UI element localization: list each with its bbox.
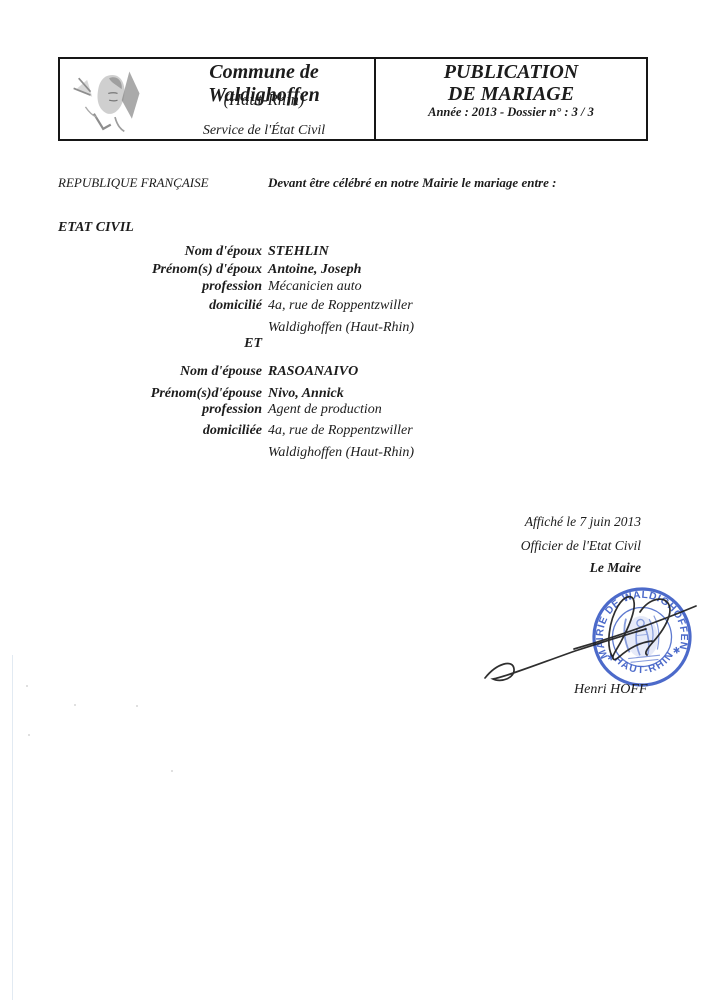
groom-profession-label: profession xyxy=(0,279,262,295)
groom-profession-value: Mécanicien auto xyxy=(268,279,362,295)
section-title-etat-civil: ETAT CIVIL xyxy=(58,220,134,236)
groom-residence-line1: 4a, rue de Roppentzwiller xyxy=(268,298,413,314)
scan-speck xyxy=(26,685,28,687)
commune-header-box: Commune de Waldighoffen (Haut-Rhin) Serv… xyxy=(58,57,376,141)
bride-residence-row: domiciliée 4a, rue de Roppentzwiller xyxy=(0,423,706,441)
bride-name-value: RASOANAIVO xyxy=(268,364,358,380)
bride-profession-value: Agent de production xyxy=(268,402,382,418)
year-dossier-info: Année : 2013 - Dossier n° : 3 / 3 xyxy=(376,105,646,120)
bride-profession-label: profession xyxy=(0,402,262,418)
bride-residence-line1: 4a, rue de Roppentzwiller xyxy=(268,423,413,439)
marianne-logo xyxy=(67,63,163,139)
groom-name-label: Nom d'époux xyxy=(0,244,262,260)
publication-title-line1: PUBLICATION xyxy=(376,61,646,84)
groom-profession-row: profession Mécanicien auto xyxy=(0,279,706,297)
groom-firstname-label: Prénom(s) d'époux xyxy=(0,262,262,278)
celebration-statement: Devant être célébré en notre Mairie le m… xyxy=(268,175,556,191)
scan-speck xyxy=(136,705,138,707)
posted-date: Affiché le 7 juin 2013 xyxy=(525,514,641,530)
scan-speck xyxy=(171,770,173,772)
separator-row: ET xyxy=(0,336,706,354)
marriage-publication-document: Commune de Waldighoffen (Haut-Rhin) Serv… xyxy=(0,0,706,1000)
groom-residence-row: domicilié 4a, rue de Roppentzwiller xyxy=(0,298,706,316)
scan-artifact-line xyxy=(12,655,13,1000)
publication-title-box: PUBLICATION DE MARIAGE Année : 2013 - Do… xyxy=(374,57,648,141)
bride-name-label: Nom d'épouse xyxy=(0,364,262,380)
groom-residence-label: domicilié xyxy=(0,298,262,314)
scan-speck xyxy=(74,704,76,706)
service-name: Service de l'État Civil xyxy=(152,123,376,139)
groom-firstname-row: Prénom(s) d'époux Antoine, Joseph xyxy=(0,262,706,280)
groom-residence-line2: Waldighoffen (Haut-Rhin) xyxy=(268,320,414,336)
department-name: (Haut-Rhin) xyxy=(152,90,376,110)
bride-residence-label: domiciliée xyxy=(0,423,262,439)
groom-name-value: STEHLIN xyxy=(268,244,329,260)
mayor-title: Le Maire xyxy=(590,560,641,576)
scan-speck xyxy=(28,734,30,736)
officer-title: Officier de l'Etat Civil xyxy=(521,538,641,554)
bride-firstname-value: Nivo, Annick xyxy=(268,386,344,402)
republic-label: REPUBLIQUE FRANÇAISE xyxy=(58,175,209,191)
signatory-name: Henri HOFF xyxy=(574,682,648,698)
bride-firstname-label: Prénom(s)d'épouse xyxy=(0,386,262,402)
bride-residence-row2: Waldighoffen (Haut-Rhin) xyxy=(0,445,706,463)
bride-profession-row: profession Agent de production xyxy=(0,402,706,420)
groom-firstname-value: Antoine, Joseph xyxy=(268,262,361,278)
groom-name-row: Nom d'époux STEHLIN xyxy=(0,244,706,262)
bride-residence-line2: Waldighoffen (Haut-Rhin) xyxy=(268,445,414,461)
publication-title-line2: DE MARIAGE xyxy=(376,83,646,106)
bride-name-row: Nom d'épouse RASOANAIVO xyxy=(0,364,706,382)
separator-et: ET xyxy=(0,336,262,352)
